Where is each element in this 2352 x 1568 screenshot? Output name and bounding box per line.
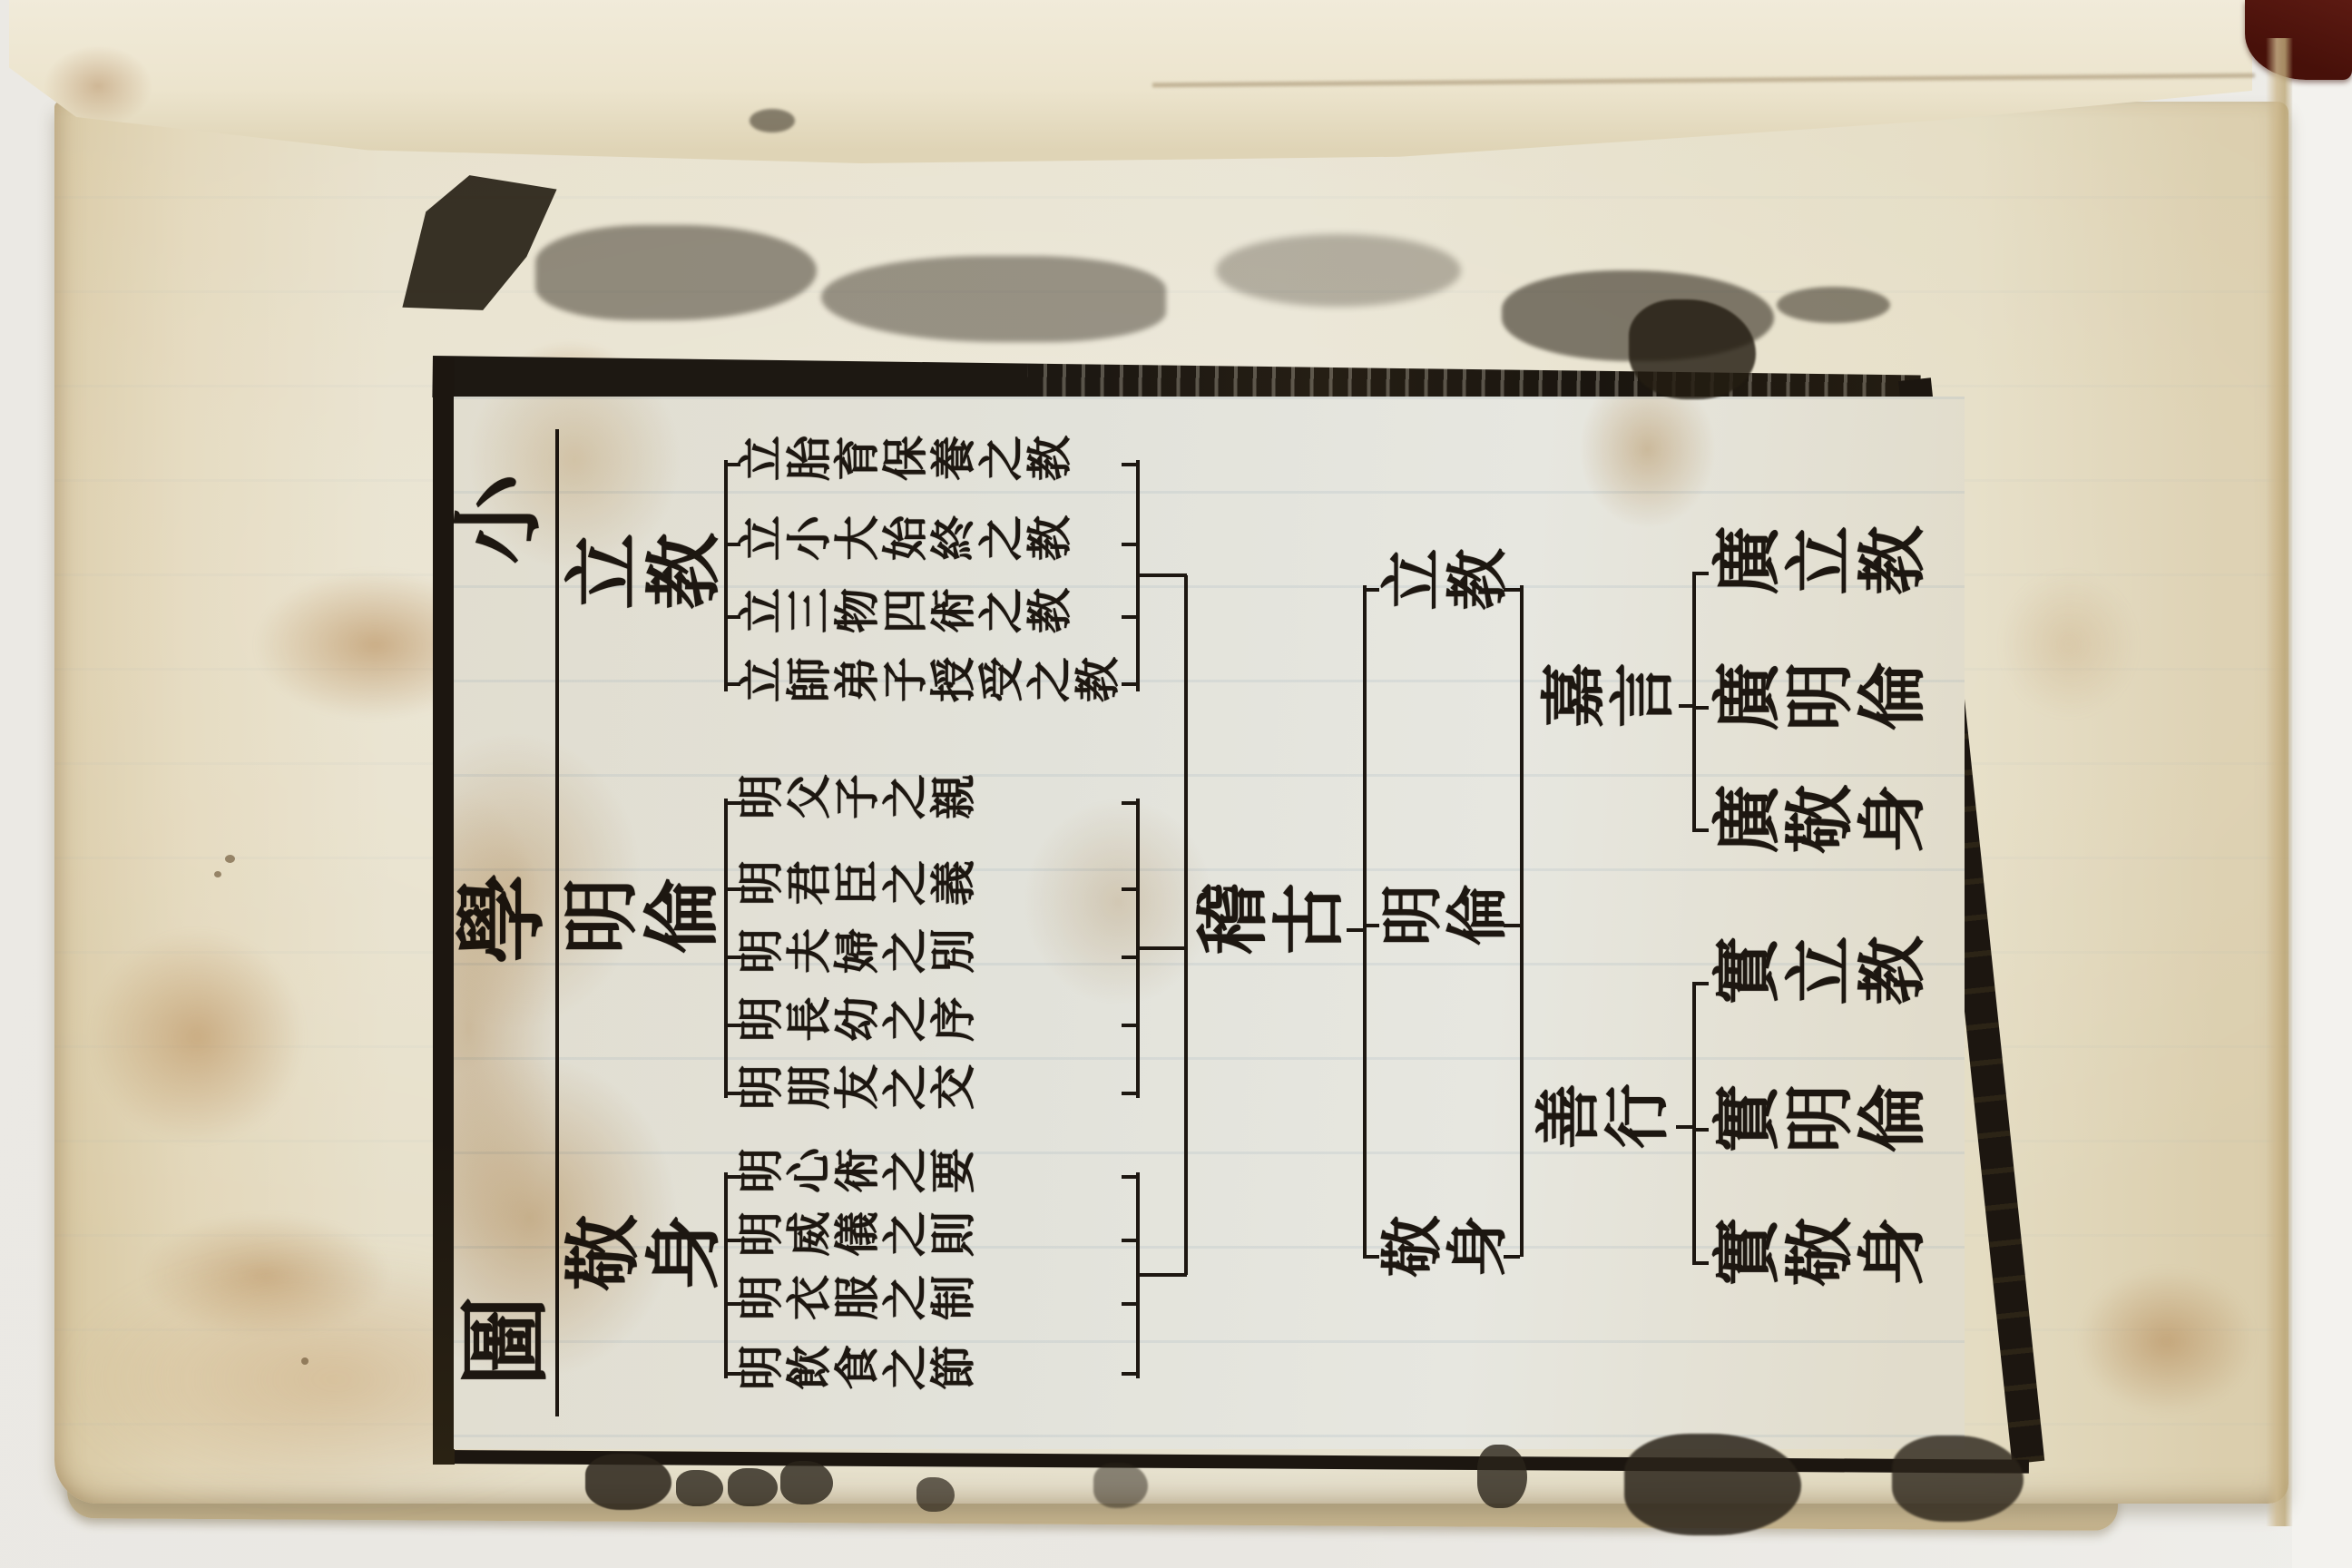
section-0-item-3: 立師弟子授受之教 (737, 661, 1122, 706)
connector-stub (1692, 707, 1709, 710)
review-label: 稽古 (1194, 888, 1347, 961)
connector-stub (1122, 1303, 1136, 1307)
review-branch-1: 明倫 (1379, 889, 1510, 951)
connector-line (724, 1172, 728, 1378)
section-2-item-1: 明威儀之則 (737, 1215, 977, 1260)
outer-label-jiayan: 嘉言 (1539, 668, 1677, 733)
ink-speck (225, 855, 235, 863)
section-2-item-3: 明飲食之節 (737, 1348, 977, 1394)
connector-line (1520, 585, 1524, 1257)
connector-stub (1679, 705, 1692, 709)
connector-stub (1692, 1262, 1709, 1266)
outer-0-item-2: 廣敬身 (1710, 790, 1928, 859)
page-right-edge (2266, 38, 2293, 1526)
diagram-rotated-content: 小 學 圖 立教 明倫 敬身 立胎育保養之 (454, 397, 1965, 1449)
title-rule (555, 429, 559, 1416)
connector-stub (1504, 925, 1520, 928)
connector-stub (1692, 573, 1709, 576)
outer-1-item-0: 實立教 (1710, 942, 1928, 1011)
review-branch-2: 敬身 (1379, 1220, 1510, 1282)
section-0-item-2: 立三物四術之教 (737, 592, 1073, 637)
connector-stub (1122, 1373, 1136, 1377)
connector-line (724, 799, 728, 1098)
connector-stub (1122, 464, 1136, 467)
title-char-xiao: 小 (450, 481, 546, 572)
connector-stub (1122, 1240, 1136, 1243)
outer-1-item-2: 實敬身 (1710, 1223, 1928, 1292)
connector-stub (1122, 1093, 1136, 1096)
connector-stub (1122, 888, 1136, 892)
section-0-item-1: 立小大始終之教 (737, 519, 1073, 564)
connector-stub (1504, 589, 1520, 593)
section-label-minglun: 明倫 (561, 884, 722, 960)
connector-stub (1676, 1126, 1692, 1130)
connector-stub (1363, 925, 1379, 928)
ink-speck (301, 1357, 309, 1365)
section-2-item-0: 明心術之要 (737, 1151, 977, 1197)
section-label-jingshen: 敬身 (563, 1220, 724, 1297)
backdrop-right-strip (2292, 0, 2352, 1568)
title-char-tu: 圖 (457, 1303, 554, 1394)
section-1-item-2: 明夫婦之別 (737, 932, 977, 977)
connector-stub (1347, 929, 1363, 933)
connector-stub (1692, 1129, 1709, 1132)
ink-speck (214, 871, 221, 877)
photo-of-book-page: 小 學 圖 立教 明倫 敬身 立胎育保養之 (0, 0, 2352, 1568)
main-connector-line (1184, 575, 1188, 1275)
section-1-item-4: 明朋友之交 (737, 1068, 977, 1113)
connector-stub (1122, 956, 1136, 960)
outer-1-item-1: 實明倫 (1710, 1090, 1928, 1159)
outer-label-shanxing: 善行 (1534, 1089, 1671, 1154)
section-label-lijiao: 立教 (563, 539, 724, 615)
connector-stub (1692, 829, 1709, 833)
outer-0-item-1: 廣明倫 (1710, 668, 1928, 737)
section-2-item-2: 明衣服之制 (737, 1279, 977, 1324)
section-1-item-3: 明長幼之序 (737, 1000, 977, 1045)
review-branch-0: 立教 (1379, 554, 1510, 615)
connector-line (724, 460, 728, 691)
connector-stub (1122, 544, 1136, 547)
connector-stub (1122, 683, 1136, 687)
printed-frame-area: 小 學 圖 立教 明倫 敬身 立胎育保養之 (454, 397, 1965, 1449)
connector-line (1363, 585, 1367, 1257)
connector-stub (1504, 1256, 1520, 1259)
connector-stub (1122, 1024, 1136, 1028)
connector-stub (1363, 589, 1379, 593)
connector-stub (1136, 947, 1187, 951)
section-1-item-1: 明君臣之義 (737, 864, 977, 909)
connector-stub (1122, 802, 1136, 806)
outer-0-item-0: 廣立教 (1710, 532, 1928, 601)
connector-line (1692, 572, 1696, 830)
connector-line (1692, 982, 1696, 1263)
section-1-item-0: 明父子之親 (737, 778, 977, 823)
connector-stub (1122, 616, 1136, 620)
connector-stub (1363, 1256, 1379, 1259)
connector-stub (1136, 1274, 1187, 1278)
connector-stub (1136, 574, 1187, 578)
cover-corner-fragment (2245, 0, 2352, 80)
section-0-item-0: 立胎育保養之教 (737, 439, 1073, 485)
connector-stub (1122, 1176, 1136, 1180)
connector-stub (1692, 983, 1709, 986)
title-char-xue: 學 (454, 880, 550, 971)
